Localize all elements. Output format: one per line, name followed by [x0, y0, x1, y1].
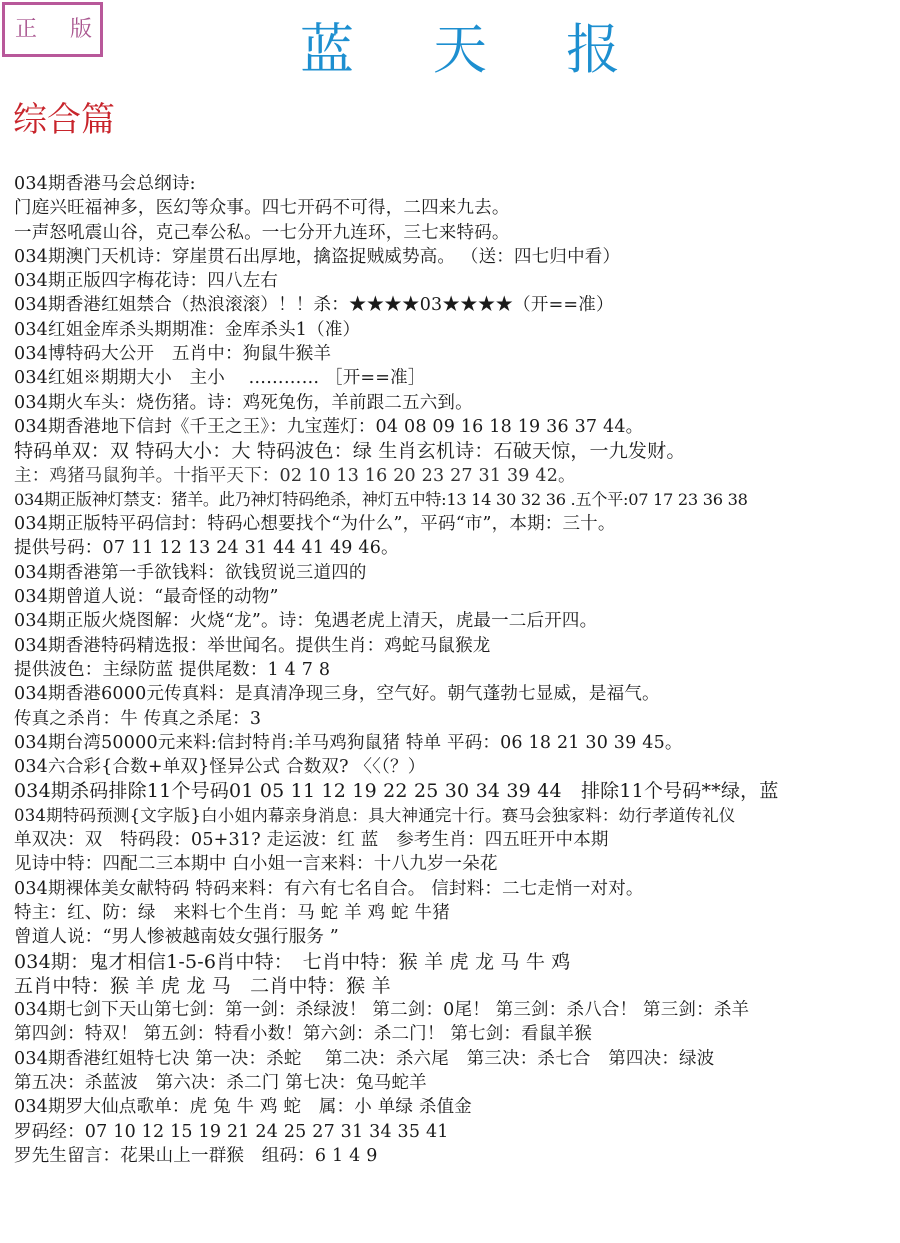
newspaper-title: 蓝 天 报 — [300, 18, 620, 82]
text-line: 第四剑：特双！ 第五剑：特看小数！第六剑：杀二门！ 第七剑：看鼠羊猴 — [14, 1022, 900, 1046]
text-line: 罗码经：07 10 12 15 19 21 24 25 27 31 34 35 … — [14, 1120, 900, 1144]
text-line: 传真之杀肖：牛 传真之杀尾：3 — [14, 707, 900, 731]
text-line: 034期正版神灯禁支：猪羊。此乃神灯特码绝杀，神灯五中特:13 14 30 32… — [14, 488, 900, 512]
text-line: 五肖中特：猴 羊 虎 龙 马 二肖中特：猴 羊 — [14, 974, 900, 998]
badge-char-right: 版 — [70, 12, 92, 43]
title-char-1: 蓝 — [300, 18, 354, 82]
text-line: 034期香港第一手欲钱料：欲钱贸说三道四的 — [14, 561, 900, 585]
text-line: 第五决：杀蓝波 第六决：杀二门 第七决：兔马蛇羊 — [14, 1071, 900, 1095]
text-line: 特主：红、防：绿 来料七个生肖：马 蛇 羊 鸡 蛇 牛猪 — [14, 901, 900, 925]
content-lines: 034期香港马会总纲诗: 门庭兴旺福神多，医幻等众事。四七开码不可得，二四来九去… — [14, 172, 900, 1168]
text-line: 034期正版特平码信封：特码心想要找个“为什么”，平码“市”，本期：三十。 — [14, 512, 900, 536]
section-title: 综合篇 — [13, 98, 115, 142]
text-line: 034期澳门天机诗：穿崖贯石出厚地，擒盗捉贼威势高。 （送：四七归中看） — [14, 245, 900, 269]
text-line: 034期：鬼才相信1-5-6肖中特： 七肖中特：猴 羊 虎 龙 马 牛 鸡 — [14, 950, 900, 974]
text-line: 主：鸡猪马鼠狗羊。十指平天下：02 10 13 16 20 23 27 31 3… — [14, 464, 900, 488]
text-line: 034期香港马会总纲诗: — [14, 172, 900, 196]
text-line: 034期香港红姐禁合（热浪滚滚）！！杀：★★★★03★★★★（开==准） — [14, 293, 900, 317]
text-line: 提供号码：07 11 12 13 24 31 44 41 49 46。 — [14, 536, 900, 560]
text-line: 罗先生留言：花果山上一群猴 组码：6 1 4 9 — [14, 1144, 900, 1168]
text-line: 034期香港地下信封《千王之王》：九宝莲灯：04 08 09 16 18 19 … — [14, 415, 900, 439]
text-line: 034六合彩{合数+单双}怪异公式 合数双? 〈〈（？） — [14, 755, 900, 779]
text-line: 门庭兴旺福神多，医幻等众事。四七开码不可得，二四来九去。 — [14, 196, 900, 220]
text-line: 034期正版四字梅花诗：四八左右 — [14, 269, 900, 293]
text-line: 特码单双：双 特码大小：大 特码波色：绿 生肖玄机诗：石破天惊，一九发财。 — [14, 439, 900, 463]
text-line: 034期台湾50000元来料:信封特肖:羊马鸡狗鼠猪 特单 平码：06 18 2… — [14, 731, 900, 755]
text-line: 034期正版火烧图解：火烧“龙”。诗：兔遇老虎上清天，虎最一二后开四。 — [14, 609, 900, 633]
text-line: 单双决：双 特码段：05+31? 走运波：红 蓝 参考生肖：四五旺开中本期 — [14, 828, 900, 852]
text-line: 曾道人说：“男人惨被越南妓女强行服务 ” — [14, 925, 900, 949]
text-line: 034红姐※期期大小 主小 ………… ［开==准］ — [14, 366, 900, 390]
text-line: 034期七剑下天山第七剑：第一剑：杀绿波！ 第二剑：0尾！ 第三剑：杀八合！ 第… — [14, 998, 900, 1022]
text-line: 034期火车头：烧伤猪。诗：鸡死兔伤，羊前跟二五六到。 — [14, 391, 900, 415]
text-line: 034博特码大公开 五肖中：狗鼠牛猴羊 — [14, 342, 900, 366]
text-line: 034期杀码排除11个号码01 05 11 12 19 22 25 30 34 … — [14, 779, 900, 803]
title-char-2: 天 — [433, 18, 487, 82]
edition-badge: 正 版 — [2, 2, 103, 57]
text-line: 034期香港特码精选报：举世闻名。提供生肖：鸡蛇马鼠猴龙 — [14, 634, 900, 658]
text-line: 034期香港红姐特七决 第一决：杀蛇 第二决：杀六尾 第三决：杀七合 第四决：绿… — [14, 1047, 900, 1071]
text-line: 034期裸体美女献特码 特码来料：有六有七名自合。 信封料：二七走悄一对对。 — [14, 877, 900, 901]
title-char-3: 报 — [566, 18, 620, 82]
text-line: 见诗中特：四配二三本期中 白小姐一言来料：十八九岁一朵花 — [14, 852, 900, 876]
text-line: 034期罗大仙点歌单：虎 兔 牛 鸡 蛇 属：小 单绿 杀值金 — [14, 1095, 900, 1119]
text-line: 提供波色：主绿防蓝 提供尾数：1 4 7 8 — [14, 658, 900, 682]
text-line: 034期香港6000元传真料：是真清净现三身，空气好。朝气蓬勃七显威，是福气。 — [14, 682, 900, 706]
text-line: 一声怒吼震山谷，克己奉公私。一七分开九连环，三七来特码。 — [14, 221, 900, 245]
text-line: 034期曾道人说：“最奇怪的动物” — [14, 585, 900, 609]
badge-char-left: 正 — [15, 12, 37, 43]
text-line: 034期特码预测{文字版}白小姐内幕亲身消息：具大神通完十行。赛马会独家料：幼行… — [14, 804, 900, 828]
text-line: 034红姐金库杀头期期准：金库杀头1（准） — [14, 318, 900, 342]
